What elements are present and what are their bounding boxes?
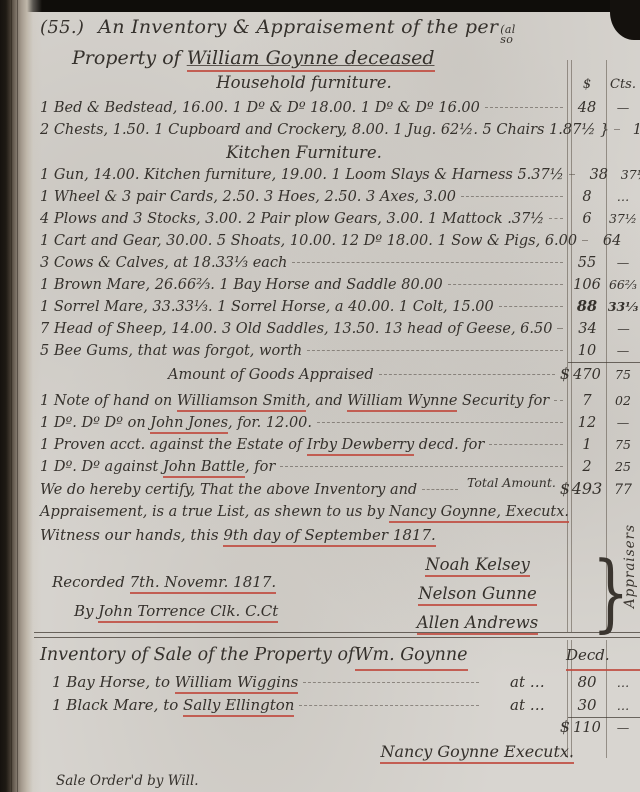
at-label: at … bbox=[484, 694, 568, 716]
amount-cents: 77 bbox=[606, 479, 640, 501]
amount-cents: — bbox=[606, 340, 640, 362]
kitchen-heading-row: Kitchen Furniture. bbox=[40, 141, 640, 164]
note-text: 1 Dº. Dº Dº on John Jones, for. 12.00. bbox=[40, 412, 312, 434]
ledger-row: 3 Cows & Calves, at 18.33⅓ each 55 — bbox=[40, 252, 640, 274]
item-description: 5 Bee Gums, that was forgot, worth bbox=[40, 340, 302, 362]
item-description: 3 Cows & Calves, at 18.33⅓ each bbox=[40, 252, 287, 274]
amount-cents: — bbox=[631, 230, 640, 252]
ledger-row: 1 Wheel & 3 pair Cards, 2.50. 3 Hoes, 2.… bbox=[40, 186, 640, 208]
item-description: 1 Sorrel Mare, 33.33⅓. 1 Sorrel Horse, a… bbox=[40, 296, 494, 318]
amount-cents: … bbox=[606, 672, 640, 694]
sale-item: 1 Black Mare, to Sally Ellington bbox=[40, 694, 294, 716]
item-description: 4 Plows and 3 Stocks, 3.00. 2 Pair plow … bbox=[40, 208, 544, 230]
dash-leader bbox=[485, 107, 563, 108]
ledger-row: 4 Plows and 3 Stocks, 3.00. 2 Pair plow … bbox=[40, 208, 640, 230]
dash-leader bbox=[549, 218, 563, 219]
dash-leader bbox=[280, 466, 563, 467]
buyer-name: Sally Ellington bbox=[183, 696, 294, 717]
appraiser-signatures: Noah Kelsey Nelson Gunne Allen Andrews bbox=[370, 550, 585, 637]
title-text: An Inventory & Appraisement of the per bbox=[98, 14, 498, 40]
person-name: Irby Dewberry bbox=[307, 437, 414, 456]
deceased-abbrev: Decd. bbox=[566, 642, 640, 671]
dash-leader bbox=[499, 306, 563, 307]
note-row: 1 Proven acct. against the Estate of Irb… bbox=[40, 434, 640, 456]
cents-column-header: Cts. bbox=[606, 73, 640, 97]
dash-leader bbox=[422, 489, 458, 490]
amount-cents: 66⅔ bbox=[606, 274, 640, 296]
clerk-line: By John Torrence Clk. C.Ct bbox=[52, 597, 278, 626]
buyer-name: William Wiggins bbox=[175, 673, 299, 694]
total-amount-label: Total Amount. bbox=[467, 472, 556, 494]
amount-cents: … bbox=[606, 695, 640, 717]
sale-footer: Sale Order'd by Will. bbox=[40, 770, 640, 792]
dash-leader bbox=[303, 682, 479, 683]
sale-row: 1 Black Mare, to Sally Ellington at … 30… bbox=[40, 694, 640, 717]
amount-dollars: 1 bbox=[568, 434, 606, 456]
dash-leader bbox=[582, 240, 588, 241]
appraisers-label: Appraisers bbox=[622, 524, 638, 608]
amount-cents: — bbox=[606, 412, 640, 434]
sale-item: 1 Bay Horse, to William Wiggins bbox=[40, 671, 298, 693]
amount-dollars: 10 bbox=[568, 340, 606, 362]
title-edge-fragment: (al so bbox=[500, 25, 515, 45]
dash-leader bbox=[554, 400, 563, 401]
amount-cents: … bbox=[606, 186, 640, 208]
witness-date: 9th day of September 1817. bbox=[223, 526, 435, 547]
amount-cents: 33⅓ bbox=[606, 296, 640, 318]
dash-leader bbox=[461, 196, 563, 197]
amount-cents: 37½ bbox=[606, 208, 640, 230]
amount-cents: 25 bbox=[606, 456, 640, 478]
amount-dollars: 80 bbox=[568, 671, 606, 693]
certify-line2: Appraisement, is a true List, as shewn t… bbox=[40, 501, 640, 523]
amount-cents: — bbox=[606, 318, 640, 340]
dash-leader bbox=[317, 422, 563, 423]
ledger-row: 7 Head of Sheep, 14.00. 3 Old Saddles, 1… bbox=[40, 318, 640, 340]
document-title-line2: Property of William Goynne deceased bbox=[40, 45, 640, 71]
household-heading-row: Household furniture. $ Cts. bbox=[40, 71, 640, 97]
amount-dollars: 110 bbox=[568, 717, 606, 738]
amount-cents: — bbox=[606, 97, 640, 119]
amount-dollars: 88 bbox=[568, 296, 606, 318]
amount-dollars: 64 bbox=[593, 230, 631, 252]
appraised-total-row: Amount of Goods Appraised $ 470 75 bbox=[40, 362, 640, 387]
ledger-row: 1 Gun, 14.00. Kitchen furniture, 19.00. … bbox=[40, 164, 640, 186]
amount-cents: 37½ bbox=[618, 164, 640, 186]
item-description: 1 Gun, 14.00. Kitchen furniture, 19.00. … bbox=[40, 164, 564, 186]
amount-dollars: 12. bbox=[625, 119, 640, 141]
amount-cents: 75 bbox=[606, 362, 640, 387]
dash-leader bbox=[569, 174, 575, 175]
clerk-name: John Torrence Clk. C.Ct bbox=[98, 602, 278, 623]
binding-crease bbox=[17, 0, 18, 792]
item-description: 2 Chests, 1.50. 1 Cupboard and Crockery,… bbox=[40, 119, 609, 141]
dash-leader bbox=[489, 444, 563, 445]
book-binding bbox=[0, 0, 42, 792]
amount-dollars: 6 bbox=[568, 208, 606, 230]
recorded-block: Recorded 7th. Novemr. 1817. By John Torr… bbox=[52, 568, 278, 626]
inventory-section: (55.) An Inventory & Appraisement of the… bbox=[40, 14, 640, 644]
manuscript-page: (55.) An Inventory & Appraisement of the… bbox=[0, 0, 640, 792]
sale-section: Inventory of Sale of the Property of Wm.… bbox=[40, 642, 640, 792]
kitchen-furniture-heading: Kitchen Furniture. bbox=[40, 141, 568, 164]
person-name: William Wynne bbox=[347, 393, 457, 412]
binding-crease bbox=[11, 0, 12, 792]
amount-dollars: 34 bbox=[568, 318, 606, 340]
witness-line: Witness our hands, this 9th day of Septe… bbox=[40, 523, 640, 548]
amount-dollars: 106 bbox=[568, 274, 606, 296]
appraised-total-label: Amount of Goods Appraised bbox=[40, 363, 374, 387]
page-top-edge bbox=[0, 0, 640, 12]
item-description: 1 Cart and Gear, 30.00. 5 Shoats, 10.00.… bbox=[40, 230, 577, 252]
amount-dollars: 470 bbox=[568, 362, 606, 387]
amount-dollars: 2 bbox=[568, 456, 606, 478]
person-name: John Battle bbox=[163, 459, 245, 478]
note-text: 1 Proven acct. against the Estate of Irb… bbox=[40, 434, 484, 456]
amount-dollars: 493 bbox=[568, 478, 606, 500]
note-text: 1 Dº. Dº against John Battle, for bbox=[40, 456, 275, 478]
sale-heading: Inventory of Sale of the Property of Wm.… bbox=[40, 642, 640, 671]
deceased-name: William Goynne deceased bbox=[187, 47, 435, 72]
executrix-name: Nancy Goynne, Executx. bbox=[389, 504, 569, 523]
note-row: 1 Note of hand on Williamson Smith, and … bbox=[40, 390, 640, 412]
item-description: 1 Brown Mare, 26.66⅔. 1 Bay Horse and Sa… bbox=[40, 274, 443, 296]
amount-cents: 75 bbox=[606, 434, 640, 456]
ledger-row: 1 Sorrel Mare, 33.33⅓. 1 Sorrel Horse, a… bbox=[40, 296, 640, 318]
amount-cents: — bbox=[606, 252, 640, 274]
certify-line: We do hereby certify, That the above Inv… bbox=[40, 478, 640, 501]
page-number: (55.) bbox=[40, 15, 84, 41]
amount-dollars: 48 bbox=[568, 97, 606, 119]
note-row: 1 Dº. Dº Dº on John Jones, for. 12.00. 1… bbox=[40, 412, 640, 434]
at-label: at … bbox=[484, 671, 568, 693]
document-title-line1: (55.) An Inventory & Appraisement of the… bbox=[40, 14, 640, 45]
item-description: 7 Head of Sheep, 14.00. 3 Old Saddles, 1… bbox=[40, 318, 552, 340]
ledger-row: 2 Chests, 1.50. 1 Cupboard and Crockery,… bbox=[40, 119, 640, 141]
amount-dollars: 55 bbox=[568, 252, 606, 274]
witness-text: Witness our hands, this 9th day of Septe… bbox=[40, 523, 436, 548]
item-description: 1 Wheel & 3 pair Cards, 2.50. 3 Hoes, 2.… bbox=[40, 186, 456, 208]
signature: Nelson Gunne bbox=[418, 584, 537, 606]
signature: Noah Kelsey bbox=[425, 555, 530, 577]
dash-leader bbox=[448, 284, 563, 285]
ledger-row: 1 Bed & Bedstead, 16.00. 1 Dº & Dº 18.00… bbox=[40, 97, 640, 119]
amount-dollars: 38 bbox=[580, 164, 618, 186]
executrix-signature: Nancy Goynne Executx. bbox=[380, 742, 574, 764]
amount-dollars: 12 bbox=[568, 412, 606, 434]
recorded-date: 7th. Novemr. 1817. bbox=[130, 573, 277, 594]
amount-dollars: 30 bbox=[568, 694, 606, 716]
executrix-signature-line: Nancy Goynne Executx. bbox=[40, 740, 640, 764]
sale-row: 1 Bay Horse, to William Wiggins at … 80 … bbox=[40, 671, 640, 694]
signature-block: Recorded 7th. Novemr. 1817. By John Torr… bbox=[40, 550, 640, 644]
certify-text: Appraisement, is a true List, as shewn t… bbox=[40, 501, 569, 523]
amount-dollars: 7 bbox=[568, 390, 606, 412]
ledger-row: 1 Cart and Gear, 30.00. 5 Shoats, 10.00.… bbox=[40, 230, 640, 252]
deceased-name: Wm. Goynne bbox=[355, 642, 468, 671]
amount-cents: 02 bbox=[606, 390, 640, 412]
ledger-row: 5 Bee Gums, that was forgot, worth 10 — bbox=[40, 340, 640, 362]
certify-text: We do hereby certify, That the above Inv… bbox=[40, 479, 417, 501]
person-name: John Jones bbox=[150, 415, 228, 434]
signature: Allen Andrews bbox=[417, 613, 538, 635]
dash-leader bbox=[292, 262, 563, 263]
recorded-line: Recorded 7th. Novemr. 1817. bbox=[52, 568, 278, 597]
item-description: 1 Bed & Bedstead, 16.00. 1 Dº & Dº 18.00… bbox=[40, 97, 480, 119]
dash-leader bbox=[379, 374, 555, 375]
amount-dollars: 8 bbox=[568, 186, 606, 208]
dash-leader bbox=[299, 705, 479, 706]
note-text: 1 Note of hand on Williamson Smith, and … bbox=[40, 390, 549, 412]
household-furniture-heading: Household furniture. bbox=[40, 71, 568, 95]
dollar-column-header: $ bbox=[568, 73, 606, 97]
sale-total-row: $ 110 — bbox=[40, 717, 640, 738]
ledger-row: 1 Brown Mare, 26.66⅔. 1 Bay Horse and Sa… bbox=[40, 274, 640, 296]
dash-leader bbox=[307, 350, 563, 351]
amount-cents: — bbox=[606, 717, 640, 738]
person-name: Williamson Smith bbox=[177, 393, 306, 412]
dash-leader bbox=[614, 129, 620, 130]
dash-leader bbox=[557, 328, 563, 329]
